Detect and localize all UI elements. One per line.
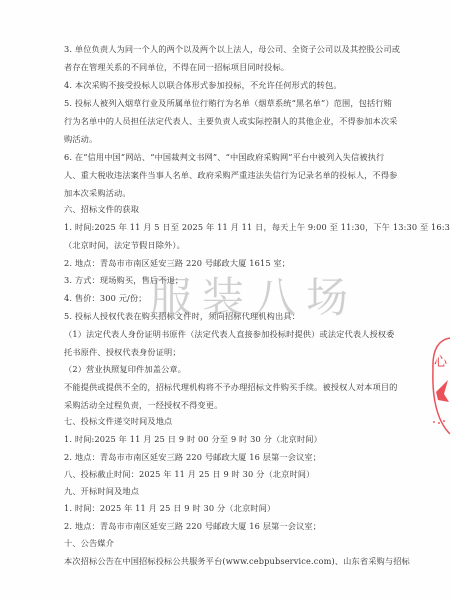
section-7-location: 2. 地点：青岛市市南区延安三路 220 号邮政大厦 16 层第一会议室； xyxy=(64,452,321,462)
section-9-heading: 九、开标时间及地点 xyxy=(64,486,139,496)
notice-line-1: 不能提供或提供不全的，招标代理机构将不予办理招标文件购买手续。被授权人对本项目的 xyxy=(64,382,398,392)
clause-6-line-1: 6. 在“信用中国”网站、“中国裁判文书网”、“中国政府采购网”平台中被列入失信… xyxy=(64,152,384,162)
section-6-time-line-1: 1. 时间:2025 年 11 月 5 日至 2025 年 11 月 11 日，… xyxy=(64,222,450,232)
red-seal-icon: 心 xyxy=(428,330,450,440)
clause-6-line-2: 人、重大税收违法案件当事人名单、政府采购严重违法失信行为记录名单的投标人，不得参 xyxy=(64,170,398,180)
section-6-time-line-2: （北京时间，法定节假日除外）。 xyxy=(64,240,185,250)
requirement-1-line-1: （1）法定代表人身份证明书原件（法定代表人直接参加投标时提供）或法定代表人授权委 xyxy=(64,329,395,339)
clause-5-line-2: 行为名单中的人员担任法定代表人、主要负责人或实际控制人的其他企业，不得参加本次采 xyxy=(64,116,398,126)
section-10-text: 本次招标公告在中国招标投标公共服务平台(www.cebpubservice.co… xyxy=(64,556,410,566)
svg-text:心: 心 xyxy=(434,355,448,370)
watermark: 服装八场 xyxy=(150,268,358,328)
section-7-heading: 七、投标文件递交时间及地点 xyxy=(64,416,172,426)
section-9-location: 2. 地点：青岛市市南区延安三路 220 号邮政大厦 16 层第一会议室； xyxy=(64,521,321,531)
section-9-time: 1. 时间：2025 年 11 月 25 日 9 时 30 分（北京时间） xyxy=(64,503,275,513)
section-7-time: 1. 时间:2025 年 11 月 25 日 9 时 00 分至 9 时 30 … xyxy=(64,434,322,444)
section-10-heading: 十、公告媒介 xyxy=(64,538,114,548)
section-6-heading: 六、招标文件的获取 xyxy=(64,204,139,214)
section-8-deadline: 八、投标截止时间：2025 年 11 月 25 日 9 时 30 分（北京时间） xyxy=(64,469,314,479)
requirement-2: （2）营业执照复印件加盖公章。 xyxy=(64,364,186,374)
clause-5-line-1: 5. 投标人被列入烟草行业及所属单位行贿行为名单（烟草系统“黑名单”）范围，包括… xyxy=(64,98,392,108)
clause-3-line-1: 3. 单位负责人为同一个人的两个以及两个以上法人，母公司、全资子公司以及其控股公… xyxy=(64,44,400,54)
clause-3-line-2: 者存在管理关系的不同单位，不得在同一招标项目同时投标。 xyxy=(64,62,289,72)
notice-line-2: 采购活动全过程负责，一经授权不得变更。 xyxy=(64,400,222,410)
section-6-price: 4. 售价：300 元/份； xyxy=(64,293,147,303)
clause-5-line-3: 购活动。 xyxy=(64,134,97,144)
requirement-1-line-2: 托书原件、授权代表身份证明； xyxy=(64,347,181,357)
clause-4: 4. 本次采购不接受投标人以联合体形式参加投标，不允许任何形式的转包。 xyxy=(64,80,342,90)
document-page: 3. 单位负责人为同一个人的两个以及两个以上法人，母公司、全资子公司以及其控股公… xyxy=(0,0,450,600)
section-6-location: 2. 地点：青岛市市南区延安三路 220 号邮政大厦 1615 室； xyxy=(64,258,290,268)
clause-6-line-3: 加本次采购活动。 xyxy=(64,188,131,198)
